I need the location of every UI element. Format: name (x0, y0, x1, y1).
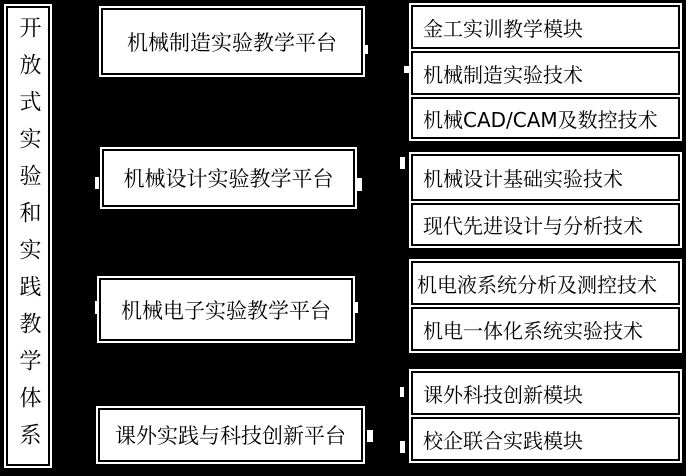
module-label: 机械设计基础实验技术 (423, 163, 623, 192)
module-box-cad-cam-nc: 机械CAD/CAM及数控技术 (411, 97, 680, 139)
connector-stub (356, 178, 362, 191)
connector-stub (400, 387, 404, 397)
connector-stub (95, 301, 99, 314)
diagram-canvas: 开放式实验和实践教学体系 机械制造实验教学平台 机械设计实验教学平台 机械电子实… (0, 0, 686, 476)
module-box-metalwork-training: 金工实训教学模块 (411, 5, 680, 49)
module-label: 现代先进设计与分析技术 (423, 210, 643, 239)
platform-label: 课外实践与科技创新平台 (115, 420, 346, 450)
platform-box-mechatronics: 机械电子实验教学平台 (99, 278, 353, 341)
connector-stub (404, 66, 410, 73)
connector-stub (400, 441, 405, 453)
module-label: 机电一体化系统实验技术 (423, 315, 643, 344)
connector-stub (367, 430, 373, 442)
module-label: 课外科技创新模块 (423, 379, 583, 408)
module-box-advanced-design-analysis: 现代先进设计与分析技术 (411, 203, 680, 246)
platform-box-manufacturing: 机械制造实验教学平台 (101, 8, 363, 75)
module-label: 校企联合实践模块 (423, 425, 583, 454)
platform-label: 机械电子实验教学平台 (121, 295, 331, 325)
system-title-box: 开放式实验和实践教学体系 (6, 6, 50, 466)
module-box-manufacturing-experiment: 机械制造实验技术 (411, 51, 680, 95)
module-label: 机电液系统分析及测控技术 (417, 269, 657, 298)
module-label: 金工实训教学模块 (423, 13, 583, 42)
connector-stub (353, 302, 358, 313)
module-label: 机械CAD/CAM及数控技术 (423, 104, 658, 133)
connector-stub (400, 157, 405, 169)
module-box-design-basics: 机械设计基础实验技术 (411, 154, 680, 201)
module-box-mechatronic-integration: 机电一体化系统实验技术 (411, 307, 680, 351)
platform-box-extracurricular: 课外实践与科技创新平台 (98, 408, 363, 462)
connector-stub (95, 177, 99, 189)
module-box-tech-innovation: 课外科技创新模块 (411, 371, 680, 415)
module-label: 机械制造实验技术 (423, 59, 583, 88)
platform-label: 机械设计实验教学平台 (124, 163, 334, 193)
module-box-electrohydraulic-measurement: 机电液系统分析及测控技术 (411, 261, 680, 305)
module-box-school-enterprise: 校企联合实践模块 (411, 417, 680, 461)
system-title-text: 开放式实验和实践教学体系 (17, 12, 39, 460)
connector-stub (363, 45, 368, 54)
platform-box-design: 机械设计实验教学平台 (102, 149, 355, 207)
platform-label: 机械制造实验教学平台 (127, 27, 337, 57)
